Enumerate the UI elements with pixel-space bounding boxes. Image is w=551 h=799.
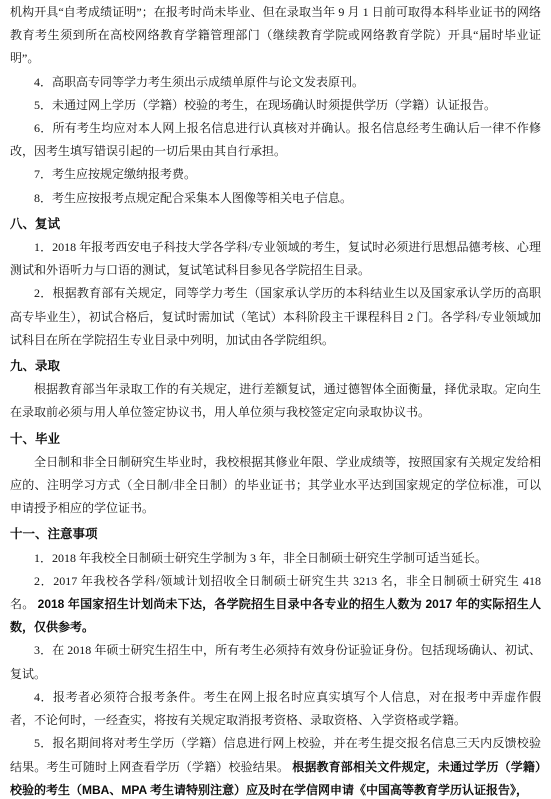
section-heading-retest: 八、复试 (10, 213, 541, 236)
document-page: 机构开具“自考成绩证明”；在报考时尚未毕业、但在录取当年 9 月 1 日前可取得… (0, 0, 551, 799)
notes-item-2-bold-text: 2018 年国家招生计划尚未下达，各学院招生目录中各专业的招生人数为 2017 … (10, 597, 541, 634)
list-item-4: 4．高职高专同等学力考生须出示成绩单原件与论文发表原刊。 (10, 71, 541, 94)
section-heading-notes: 十一、注意事项 (10, 523, 541, 546)
list-item-5: 5．未通过网上学历（学籍）校验的考生，在现场确认时须提供学历（学籍）认证报告。 (10, 94, 541, 117)
list-item-8: 8．考生应按报考点规定配合采集本人图像等相关电子信息。 (10, 187, 541, 210)
notes-item-2: 2．2017 年我校各学科/领域计划招收全日制硕士研究生共 3213 名，非全日… (10, 570, 541, 640)
notes-item-5: 5．报名期间将对考生学历（学籍）信息进行网上校验，并在考生提交报名信息三天内反馈… (10, 732, 541, 799)
notes-item-4: 4．报考者必须符合报考条件。考生在网上报名时应真实填写个人信息，对在报考中弄虚作… (10, 686, 541, 732)
paragraph-continuation: 机构开具“自考成绩证明”；在报考时尚未毕业、但在录取当年 9 月 1 日前可取得… (10, 1, 541, 71)
retest-item-1: 1．2018 年报考西安电子科技大学各学科/专业领域的考生，复试时必须进行思想品… (10, 236, 541, 282)
graduation-body: 全日制和非全日制研究生毕业时，我校根据其修业年限、学业成绩等，按照国家有关规定发… (10, 451, 541, 521)
section-heading-admission: 九、录取 (10, 355, 541, 378)
admission-body: 根据教育部当年录取工作的有关规定，进行差额复试，通过德智体全面衡量，择优录取。定… (10, 378, 541, 424)
notes-item-3: 3．在 2018 年硕士研究生招生中，所有考生必须持有效身份证验证身份。包括现场… (10, 639, 541, 685)
retest-item-2: 2．根据教育部有关规定，同等学力考生（国家承认学历的本科结业生以及国家承认学历的… (10, 282, 541, 352)
list-item-6: 6．所有考生均应对本人网上报名信息进行认真核对并确认。报名信息经考生确认后一律不… (10, 117, 541, 163)
notes-item-1: 1．2018 年我校全日制硕士研究生学制为 3 年，非全日制硕士研究生学制可适当… (10, 547, 541, 570)
list-item-7: 7．考生应按规定缴纳报考费。 (10, 163, 541, 186)
section-heading-graduation: 十、毕业 (10, 428, 541, 451)
